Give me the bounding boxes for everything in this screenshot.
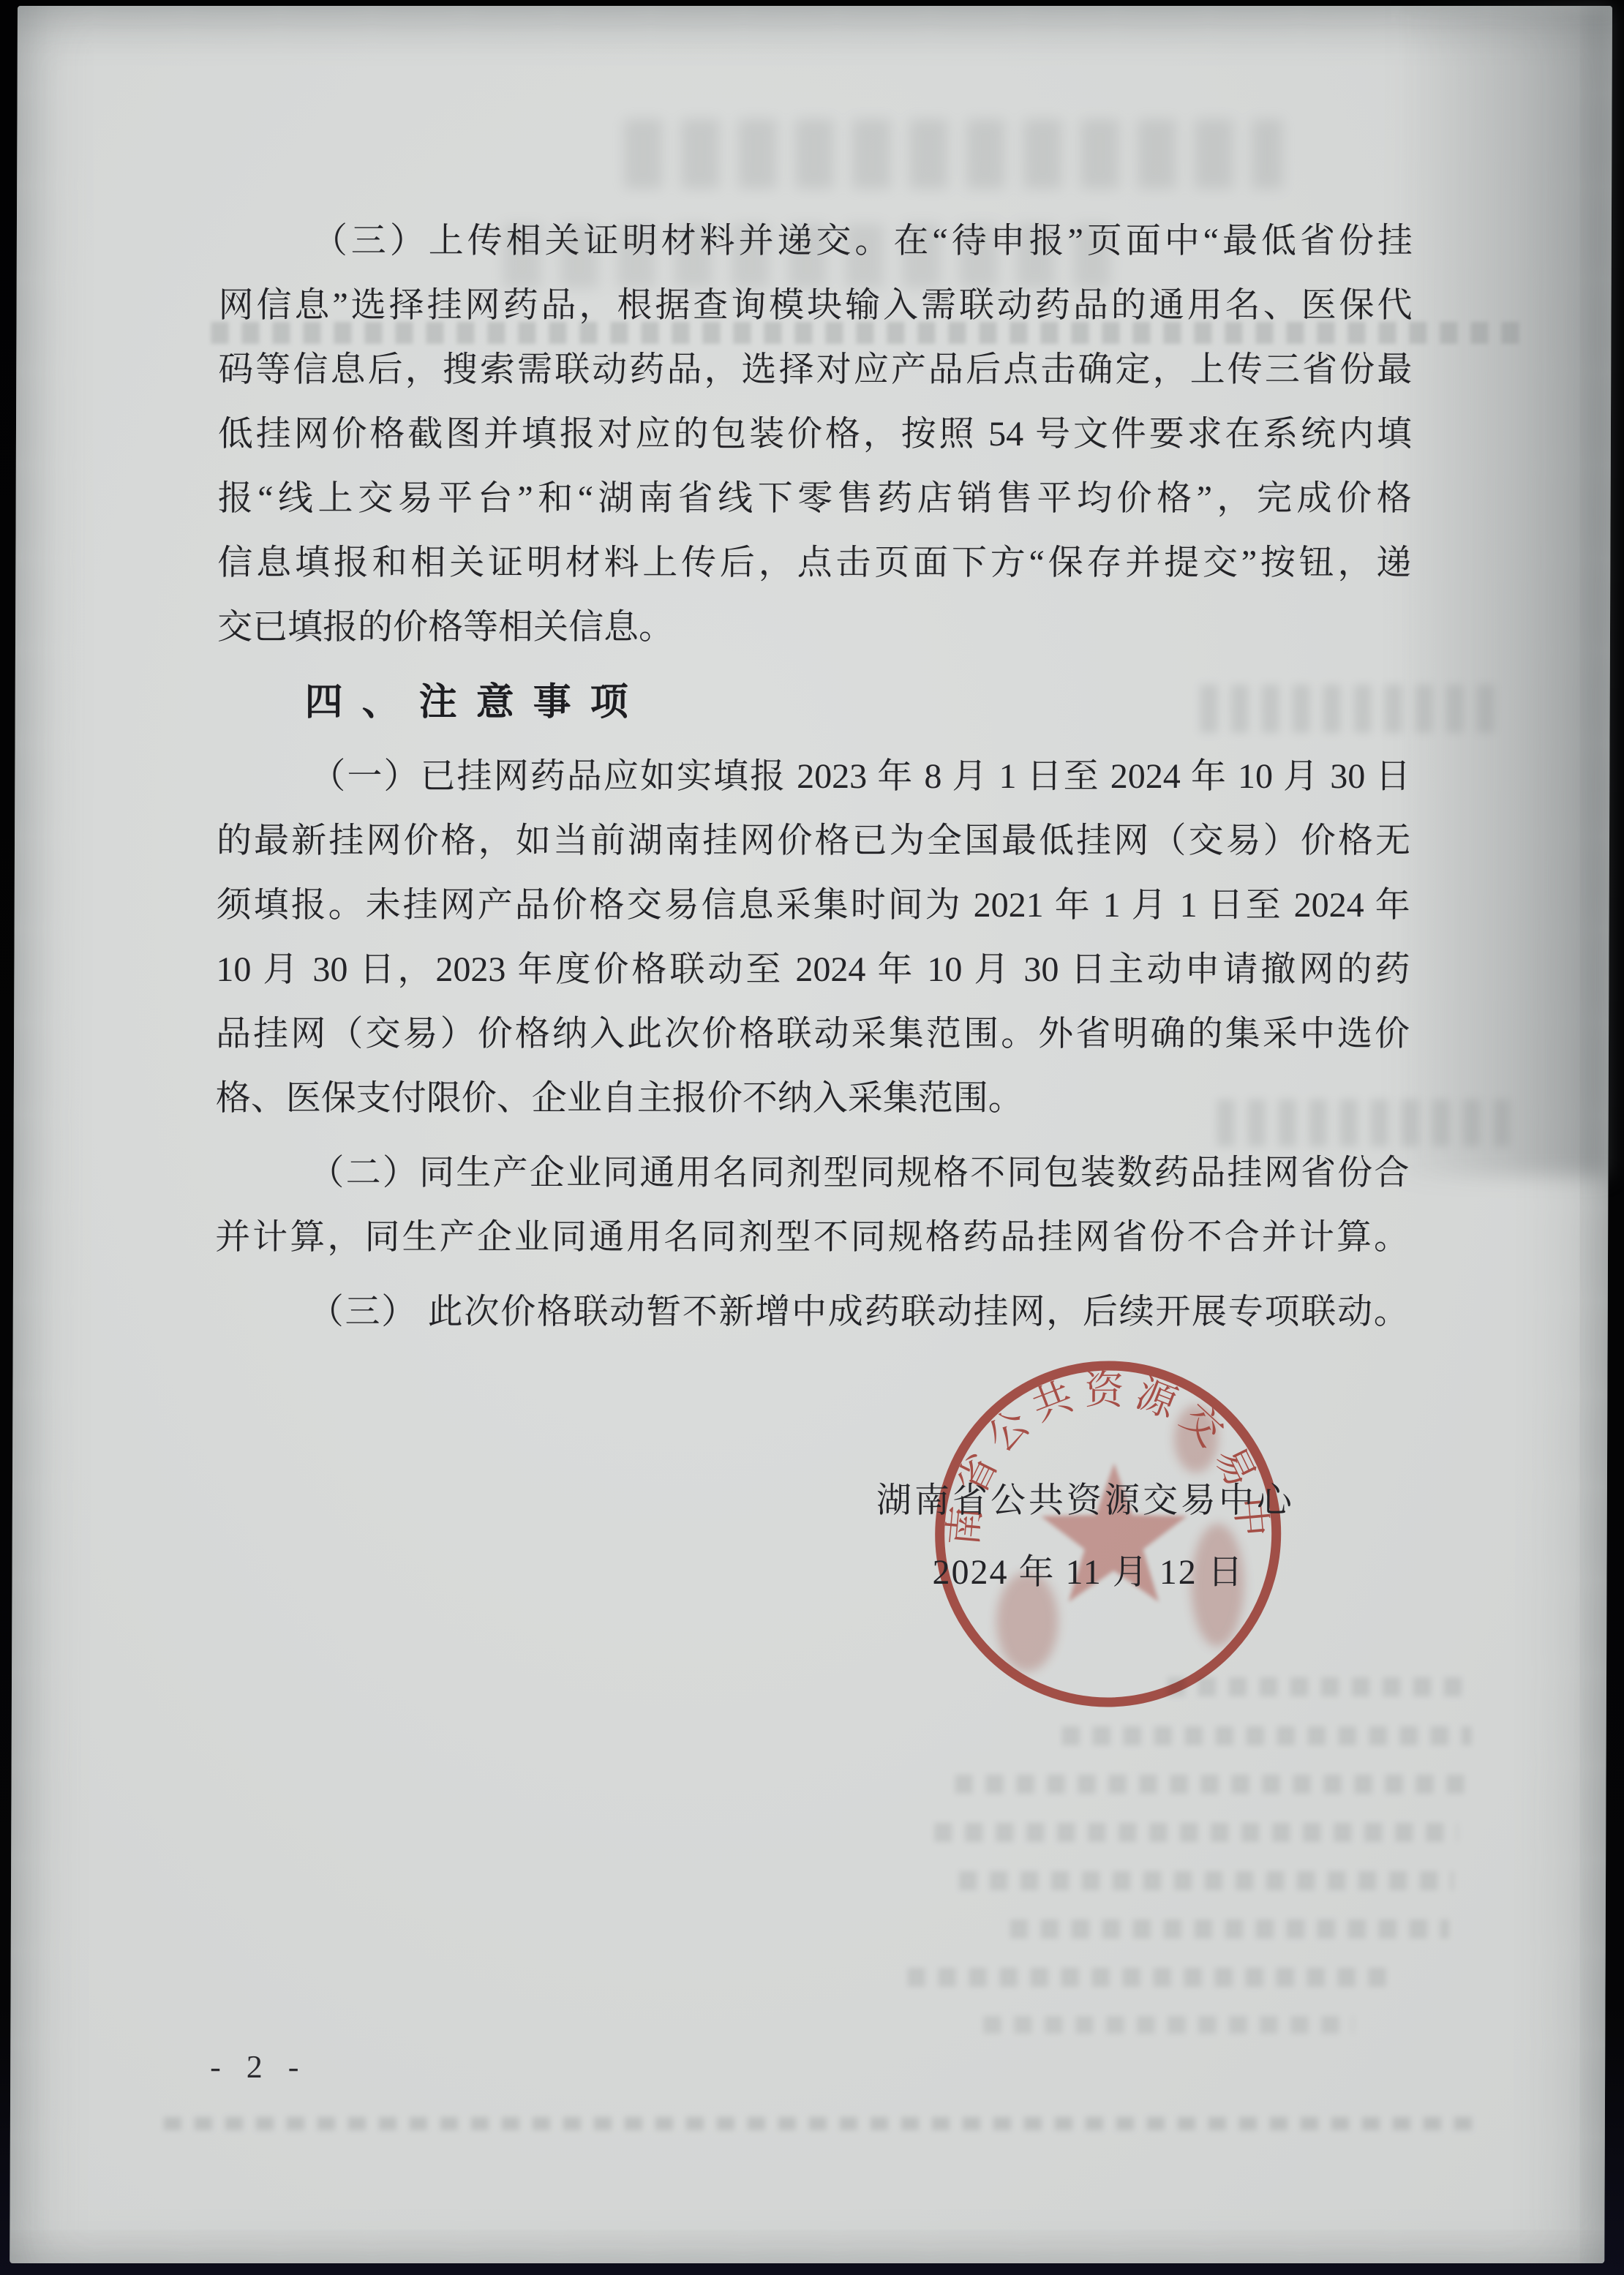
page-number: - 2 - <box>210 2048 307 2086</box>
show-through-artifact <box>624 119 1282 189</box>
body-line: （一）已挂网药品应如实填报 2023 年 8 月 1 日至 2024 年 10 … <box>217 745 1410 809</box>
edge-shadow <box>1388 6 1612 1176</box>
body-line: 码等信息后，搜索需联动药品，选择对应产品后点击确定，上传三省份最 <box>218 338 1412 402</box>
show-through-artifact <box>164 2117 1481 2130</box>
body-line: 格、医保支付限价、企业自主报价不纳入采集范围。 <box>216 1067 1410 1131</box>
show-through-artifact <box>908 1968 1388 1987</box>
body-line: 品挂网（交易）价格纳入此次价格联动采集范围。外省明确的集采中选价 <box>216 1002 1410 1067</box>
signature-org: 湖南省公共资源交易中心 <box>876 1472 1295 1522</box>
body-line: 网信息”选择挂网药品，根据查询模块输入需联动药品的通用名、医保代 <box>218 274 1412 338</box>
body-line: 交已填报的价格等相关信息。 <box>217 595 1411 660</box>
body-line: （三）上传相关证明材料并递交。在“待申报”页面中“最低省份挂 <box>219 209 1413 274</box>
show-through-artifact <box>934 1823 1458 1842</box>
document-page: （三）上传相关证明材料并递交。在“待申报”页面中“最低省份挂网信息”选择挂网药品… <box>10 6 1612 2263</box>
body-line: 10 月 30 日，2023 年度价格联动至 2024 年 10 月 30 日主… <box>216 938 1410 1002</box>
show-through-artifact <box>959 1871 1454 1890</box>
body-line: 报“线上交易平台”和“湖南省线下零售药店销售平均价格”，完成价格 <box>217 467 1411 531</box>
body-line: 的最新挂网价格，如当前湖南挂网价格已为全国最低挂网（交易）价格无 <box>217 809 1410 873</box>
body-line: 信息填报和相关证明材料上传后，点击页面下方“保存并提交”按钮，递 <box>217 531 1411 595</box>
show-through-artifact <box>983 2016 1353 2034</box>
official-seal-stamp: 湖南省公共资源交易中心 <box>910 1336 1307 1731</box>
show-through-artifact <box>1010 1919 1449 1939</box>
body-line: 并计算，同生产企业同通用名同剂型不同规格药品挂网省份不合并计算。 <box>215 1206 1409 1270</box>
signature-date: 2024 年 11 月 12 日 <box>932 1543 1244 1594</box>
body-line: 低挂网价格截图并填报对应的包装价格，按照 54 号文件要求在系统内填 <box>218 402 1412 467</box>
show-through-artifact <box>955 1775 1471 1794</box>
body-line: （二）同生产企业同通用名同剂型同规格不同包装数药品挂网省份合 <box>215 1141 1409 1206</box>
scan-background: （三）上传相关证明材料并递交。在“待申报”页面中“最低省份挂网信息”选择挂网药品… <box>0 0 1624 2275</box>
body-line: （三） 此次价格联动暂不新增中成药联动挂网，后续开展专项联动。 <box>215 1280 1409 1345</box>
document-body: （三）上传相关证明材料并递交。在“待申报”页面中“最低省份挂网信息”选择挂网药品… <box>215 209 1413 1345</box>
body-line: 须填报。未挂网产品价格交易信息采集时间为 2021 年 1 月 1 日至 202… <box>217 873 1410 938</box>
body-line: 四、注意事项 <box>217 670 1411 734</box>
